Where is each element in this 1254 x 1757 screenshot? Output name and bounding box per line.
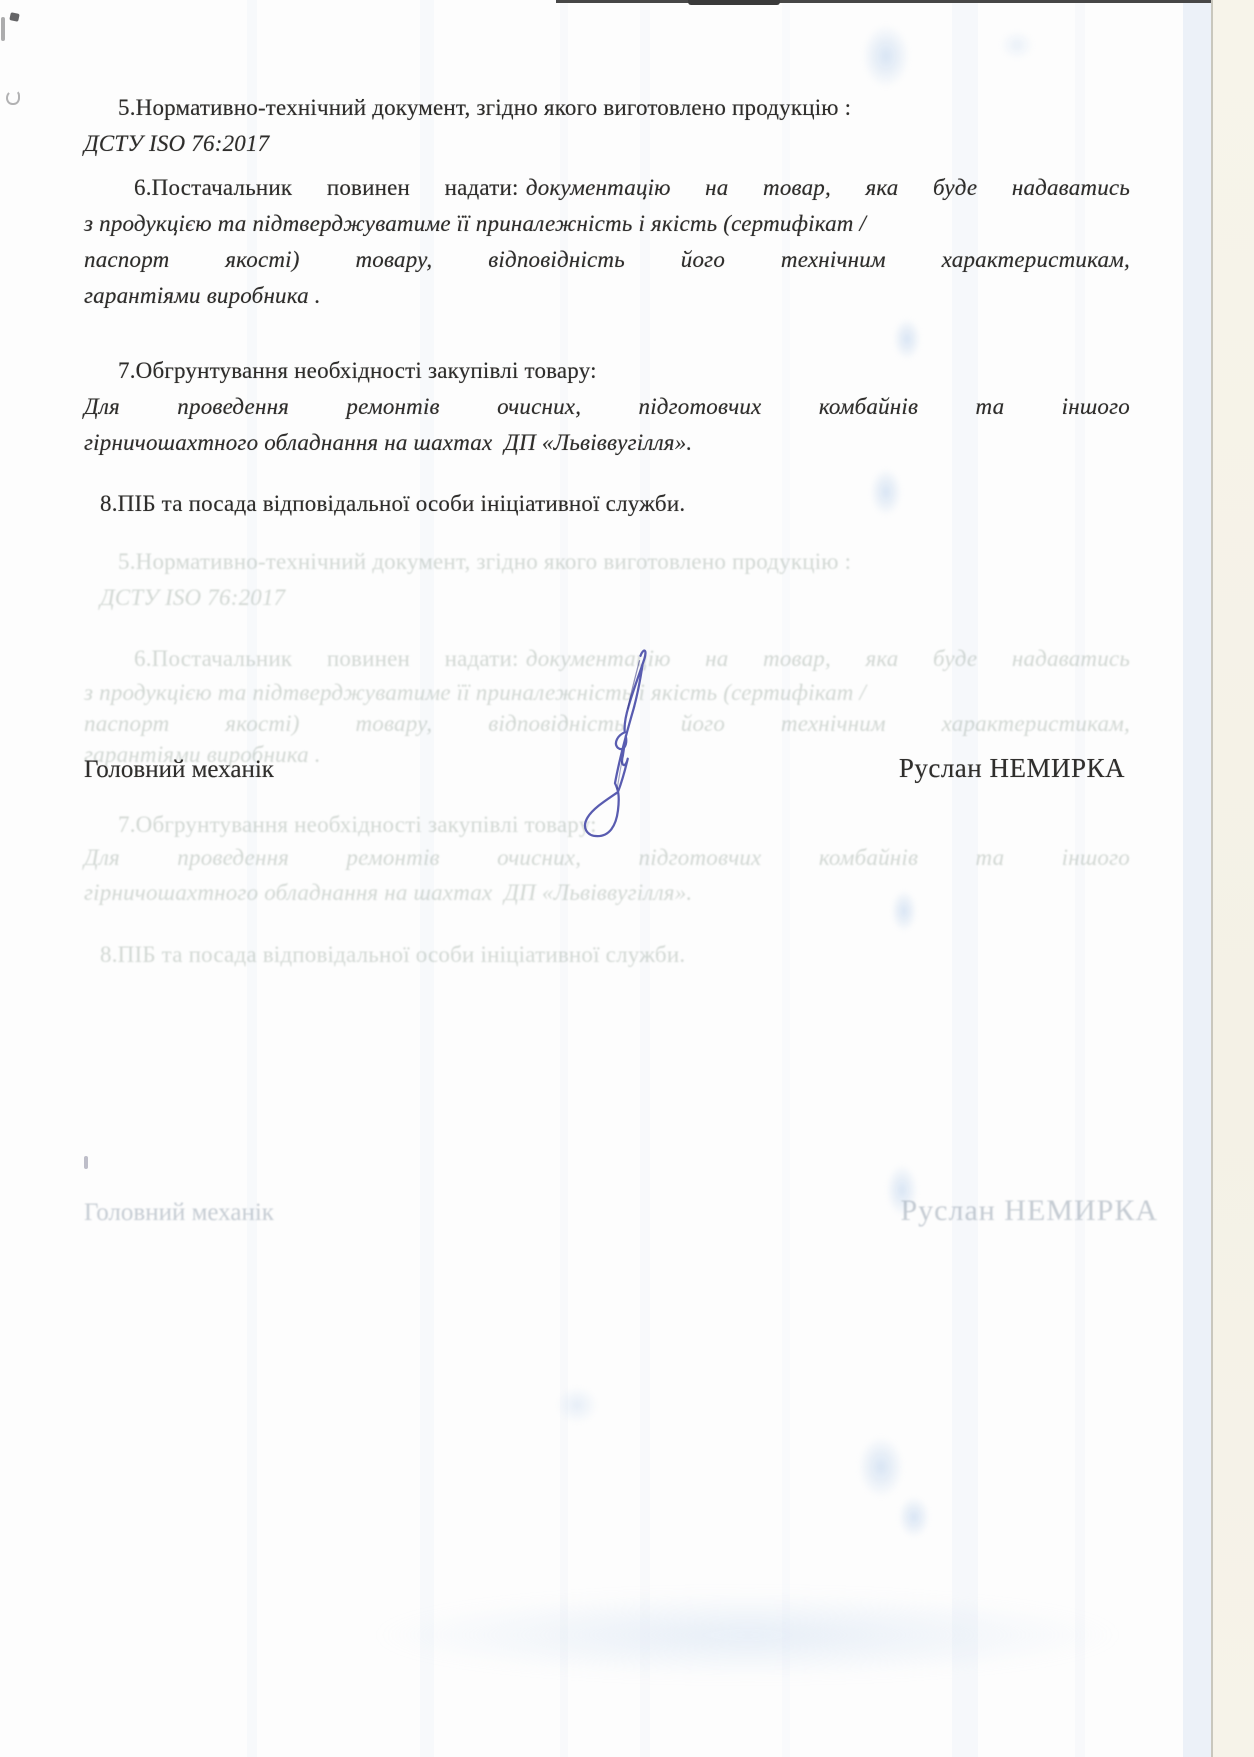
item6-line2-text: з продукцією та підтверджуватиме її прин… [84,211,866,236]
item7-line2: гірничошахтного обладнання на шахтах ДП … [84,425,1130,461]
ghost-item7-line2: гірничошахтного обладнання на шахтах ДП … [84,875,1130,911]
scan-smudge [862,24,910,88]
item7-line1: Для проведення ремонтів очисних, підгото… [84,389,1130,425]
ghost-text: з продукцією та підтверджуватиме її прин… [84,680,866,705]
item6-line4-text: гарантіями виробника . [84,283,321,308]
item6-line1: 6.Постачальник повинен надати:документац… [84,170,1130,206]
item6-line1-text: документацію на товар, яка буде надавати… [526,175,1130,200]
scan-smudge [1000,30,1034,60]
item6-line3: паспорт якості) товару, відповідність йо… [84,242,1130,278]
ink-speck [9,12,19,22]
item6-line4: гарантіями виробника . [84,278,1130,314]
item7-line2-text: гірничошахтного обладнання на шахтах ДП … [84,430,692,455]
scan-smudge-band [375,1592,1120,1678]
ghost-item7-line1: Для проведення ремонтів очисних, підгото… [84,840,1130,876]
ghost-text: 8.ПІБ та посада відповідальної особи іні… [100,942,685,967]
item5-standard-text: ДСТУ ISO 76:2017 [84,131,269,156]
item5-heading-text: 5.Нормативно-технічний документ, згідно … [118,95,851,120]
handwritten-signature [578,646,652,842]
ghost-item5-heading: 5.Нормативно-технічний документ, згідно … [84,544,1130,580]
ghost-item5-standard: ДСТУ ISO 76:2017 [100,580,1146,616]
scan-edge-artifact [688,0,780,5]
item5-standard: ДСТУ ISO 76:2017 [84,126,1130,162]
scan-smudge [556,1386,598,1424]
ghost-text: Для проведення ремонтів очисних, підгото… [84,845,1130,870]
signer-name: Руслан НЕМИРКА [899,753,1125,784]
scan-smudge [898,1496,930,1538]
ghost-item8-heading: 8.ПІБ та посада відповідальної особи іні… [84,937,1130,973]
ghost-text: гірничошахтного обладнання на шахтах ДП … [84,880,692,905]
ghost-signature-row: Головний механік Руслан НЕМИРКА [84,1194,1158,1228]
ink-speck [6,90,20,105]
ghost-text: 5.Нормативно-технічний документ, згідно … [118,549,851,574]
scan-streak [1183,0,1211,1757]
item7-line1-text: Для проведення ремонтів очисних, підгото… [84,394,1130,419]
ghost-text: Головний механік [84,1199,274,1227]
item5-heading: 5.Нормативно-технічний документ, згідно … [84,90,1130,126]
ghost-text: 6.Постачальник повинен надати: [134,646,519,671]
item6-line2: з продукцією та підтверджуватиме її прин… [84,206,1130,242]
item6-line3-text: паспорт якості) товару, відповідність йо… [84,247,1130,272]
item7-heading: 7.Обгрунтування необхідності закупівлі т… [84,353,1130,389]
item7-heading-text: 7.Обгрунтування необхідності закупівлі т… [118,358,597,383]
position-title: Головний механік [84,756,274,784]
ink-speck [84,1156,88,1169]
item8-heading-text: 8.ПІБ та посада відповідальної особи іні… [100,491,685,516]
ghost-text: 7.Обгрунтування необхідності закупівлі т… [118,812,597,837]
item6-lead-text: 6.Постачальник повинен надати: [134,175,519,200]
item8-heading: 8.ПІБ та посада відповідальної особи іні… [84,486,1130,522]
scan-smudge [858,1436,904,1498]
scanned-document-page: 5.Нормативно-технічний документ, згідно … [0,0,1254,1757]
ghost-text: Руслан НЕМИРКА [900,1194,1158,1228]
signature-row: Головний механік Руслан НЕМИРКА [84,753,1125,784]
scanner-background [1213,0,1254,1757]
ink-speck [1,17,5,41]
scan-edge-artifact [556,0,1212,3]
ghost-text: ДСТУ ISO 76:2017 [100,585,285,610]
